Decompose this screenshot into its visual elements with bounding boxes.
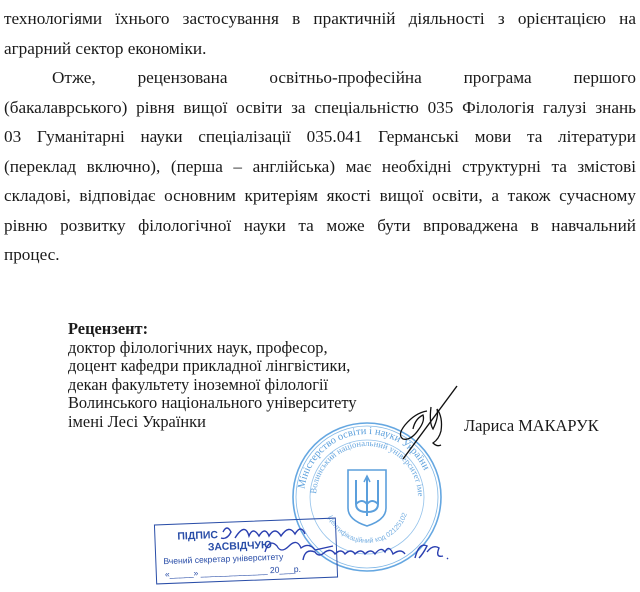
conclusion-paragraph: Отже, рецензована освітньо-професійна пр… xyxy=(4,63,636,270)
text-line: аграрний сектор економіки. xyxy=(4,34,636,64)
reviewer-dean: декан факультету іноземної філології xyxy=(68,376,357,395)
reviewer-block: Рецензент: доктор філологічних наук, про… xyxy=(68,320,357,432)
reviewer-degree: доктор філологічних наук, професор, xyxy=(68,339,357,358)
reviewer-university: Волинського національного університету xyxy=(68,394,357,413)
reviewer-heading: Рецензент: xyxy=(68,320,357,339)
secretary-signature-icon xyxy=(205,518,455,568)
text-line: технологіями їхнього застосування в прак… xyxy=(4,4,636,34)
text-line: Отже, рецензована освітньо-професійна пр… xyxy=(4,63,636,93)
text-line: процес. xyxy=(4,240,636,270)
paragraph-continuation: технологіями їхнього застосування в прак… xyxy=(4,4,636,63)
text-line: (переклад включно), (перша – англійська)… xyxy=(4,152,636,182)
text-line: (бакалаврського) рівня вищої освіти за с… xyxy=(4,93,636,123)
text-line: 03 Гуманітарні науки спеціалізації 035.0… xyxy=(4,122,636,152)
text-line: рівню розвитку філологічної науки та мож… xyxy=(4,211,636,241)
reviewer-name: Лариса МАКАРУК xyxy=(464,416,599,436)
text-line: складові, відповідає основним критеріям … xyxy=(4,181,636,211)
reviewer-signature-icon xyxy=(385,383,465,463)
reviewer-position: доцент кафедри прикладної лінгвістики, xyxy=(68,357,357,376)
